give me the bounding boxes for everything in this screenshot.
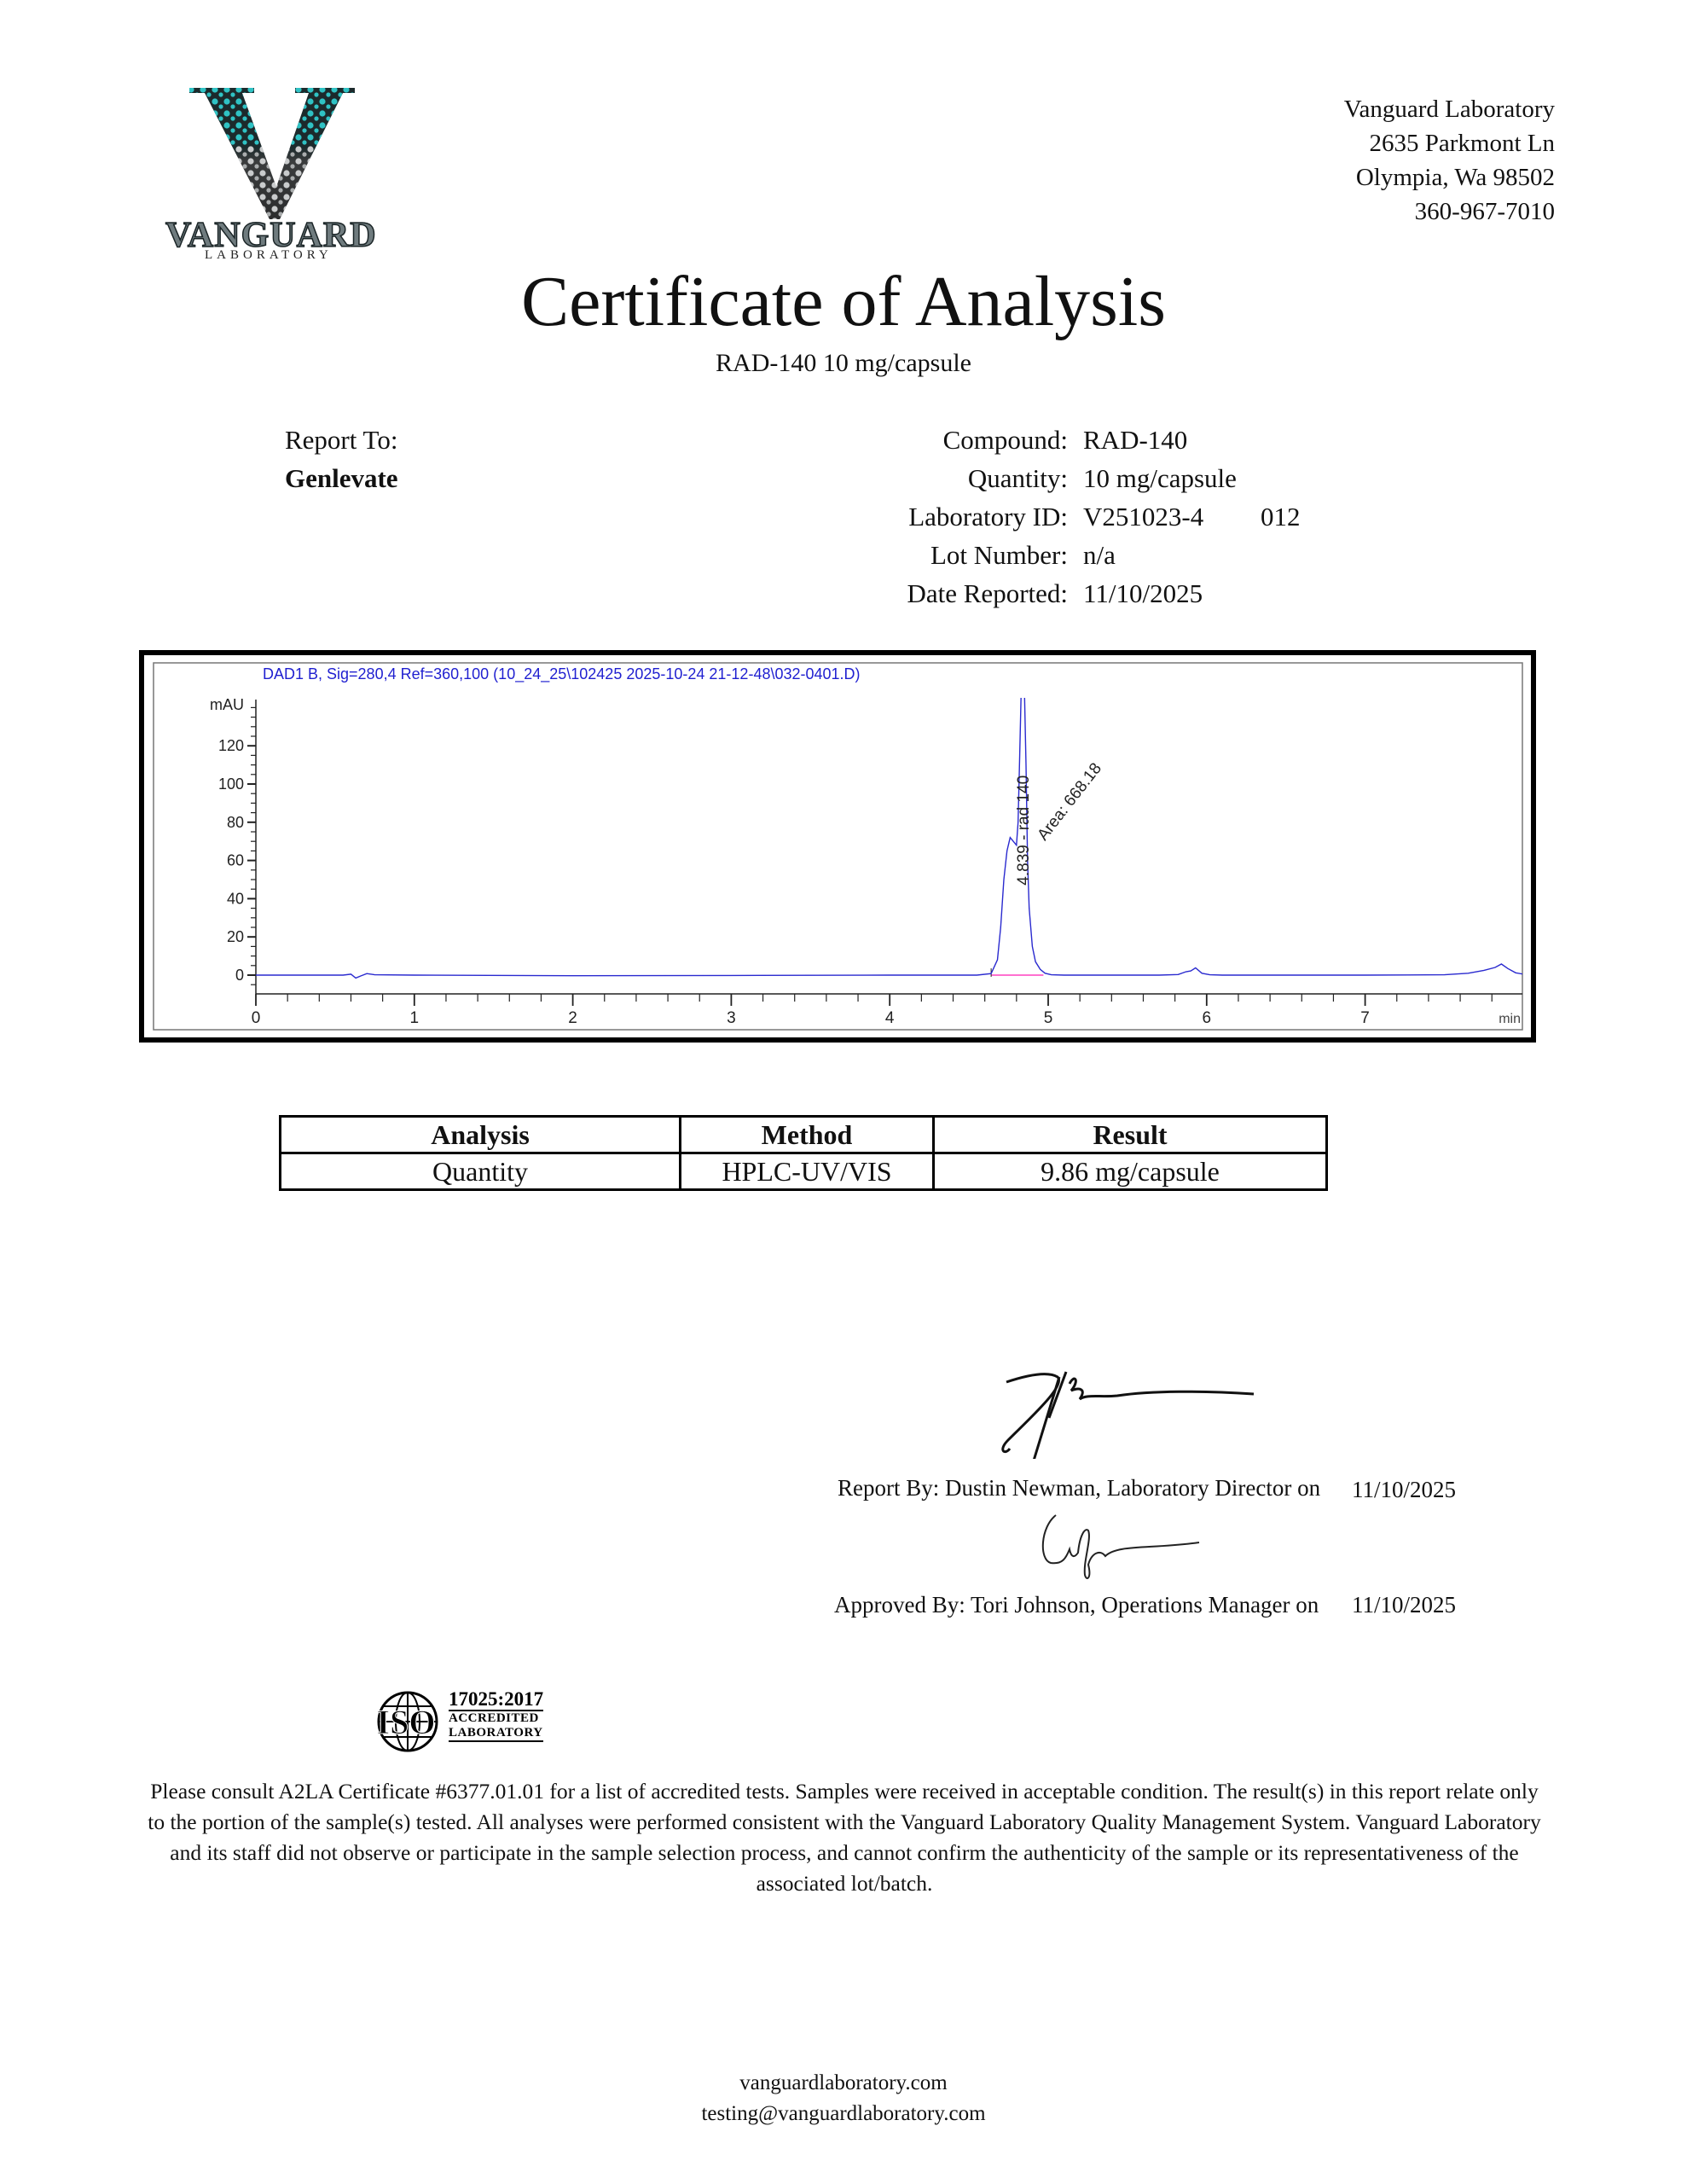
v-logo-icon <box>188 86 358 223</box>
column-header-analysis: Analysis <box>281 1117 681 1153</box>
svg-text:0: 0 <box>252 1009 261 1027</box>
document-subtitle: RAD-140 10 mg/capsule <box>0 346 1687 380</box>
cell-analysis: Quantity <box>281 1153 681 1190</box>
info-label: Lot Number: <box>768 538 1068 572</box>
table-row: Quantity HPLC-UV/VIS 9.86 mg/capsule <box>281 1153 1327 1190</box>
svg-text:7: 7 <box>1360 1009 1370 1027</box>
svg-text:DAD1 B, Sig=280,4 Ref=360,100: DAD1 B, Sig=280,4 Ref=360,100 (10_24_25\… <box>263 665 861 683</box>
approved-by-date: 11/10/2025 <box>1352 1590 1456 1619</box>
svg-text:4.839 - rad 140: 4.839 - rad 140 <box>1015 775 1033 886</box>
lab-name: Vanguard Laboratory <box>1344 92 1555 126</box>
svg-text:100: 100 <box>218 775 244 793</box>
cell-method: HPLC-UV/VIS <box>681 1153 934 1190</box>
footer: vanguardlaboratory.com testing@vanguardl… <box>0 2068 1687 2129</box>
results-table: Analysis Method Result Quantity HPLC-UV/… <box>279 1115 1328 1191</box>
table-header-row: Analysis Method Result <box>281 1117 1327 1153</box>
disclaimer-text: Please consult A2LA Certificate #6377.01… <box>145 1776 1544 1899</box>
column-header-result: Result <box>934 1117 1327 1153</box>
lab-phone: 360-967-7010 <box>1344 195 1555 229</box>
svg-text:20: 20 <box>227 928 244 945</box>
report-by-text: Report By: Dustin Newman, Laboratory Dir… <box>838 1473 1320 1502</box>
iso-text: 17025:2017 ACCREDITED LABORATORY <box>449 1689 543 1742</box>
column-header-method: Method <box>681 1117 934 1153</box>
info-label: Quantity: <box>768 462 1068 496</box>
report-by-date: 11/10/2025 <box>1352 1475 1456 1504</box>
lab-city: Olympia, Wa 98502 <box>1344 160 1555 195</box>
info-value: V251023-4 <box>1083 500 1203 534</box>
footer-website[interactable]: vanguardlaboratory.com <box>0 2068 1687 2099</box>
lab-address: Vanguard Laboratory 2635 Parkmont Ln Oly… <box>1344 92 1555 229</box>
director-signature <box>998 1365 1271 1459</box>
svg-text:60: 60 <box>227 852 244 869</box>
svg-text:3: 3 <box>727 1009 736 1027</box>
svg-text:2: 2 <box>568 1009 577 1027</box>
svg-text:mAU: mAU <box>210 696 244 713</box>
vanguard-logo: VANGUARD LABORATORY <box>162 81 384 264</box>
svg-text:Area: 668.18: Area: 668.18 <box>1034 760 1105 845</box>
svg-text:0: 0 <box>235 967 244 984</box>
svg-text:80: 80 <box>227 814 244 831</box>
svg-text:120: 120 <box>218 737 244 754</box>
chromatogram-plot: DAD1 B, Sig=280,4 Ref=360,100 (10_24_25\… <box>144 655 1531 1037</box>
info-value: RAD-140 <box>1083 423 1187 457</box>
chromatogram: DAD1 B, Sig=280,4 Ref=360,100 (10_24_25\… <box>139 650 1536 1043</box>
svg-text:40: 40 <box>227 890 244 907</box>
info-value-suffix: 012 <box>1261 500 1301 534</box>
svg-text:1: 1 <box>410 1009 420 1027</box>
iso-mark: ISO <box>377 1703 436 1741</box>
lab-street: 2635 Parkmont Ln <box>1344 126 1555 160</box>
approved-by-text: Approved By: Tori Johnson, Operations Ma… <box>834 1590 1319 1619</box>
document-title: Certificate of Analysis <box>0 261 1687 343</box>
svg-text:4: 4 <box>885 1009 895 1027</box>
iso-accreditation-badge: ISO 17025:2017 ACCREDITED LABORATORY <box>365 1687 570 1756</box>
info-label: Laboratory ID: <box>768 500 1068 534</box>
iso-laboratory: LABORATORY <box>449 1726 543 1742</box>
info-label: Date Reported: <box>768 577 1068 611</box>
iso-standard: 17025:2017 <box>449 1689 543 1711</box>
footer-email[interactable]: testing@vanguardlaboratory.com <box>0 2099 1687 2129</box>
iso-globe-icon: ISO <box>365 1687 447 1756</box>
cell-result: 9.86 mg/capsule <box>934 1153 1327 1190</box>
info-label: Compound: <box>768 423 1068 457</box>
svg-text:6: 6 <box>1203 1009 1212 1027</box>
info-value: n/a <box>1083 538 1116 572</box>
info-value: 11/10/2025 <box>1083 577 1203 611</box>
info-value: 10 mg/capsule <box>1083 462 1237 496</box>
svg-text:5: 5 <box>1044 1009 1053 1027</box>
report-to-label: Report To: <box>285 423 397 457</box>
svg-text:min: min <box>1499 1012 1521 1026</box>
approver-signature <box>1032 1510 1220 1587</box>
iso-accredited: ACCREDITED <box>449 1711 543 1726</box>
report-to-client: Genlevate <box>285 462 398 496</box>
